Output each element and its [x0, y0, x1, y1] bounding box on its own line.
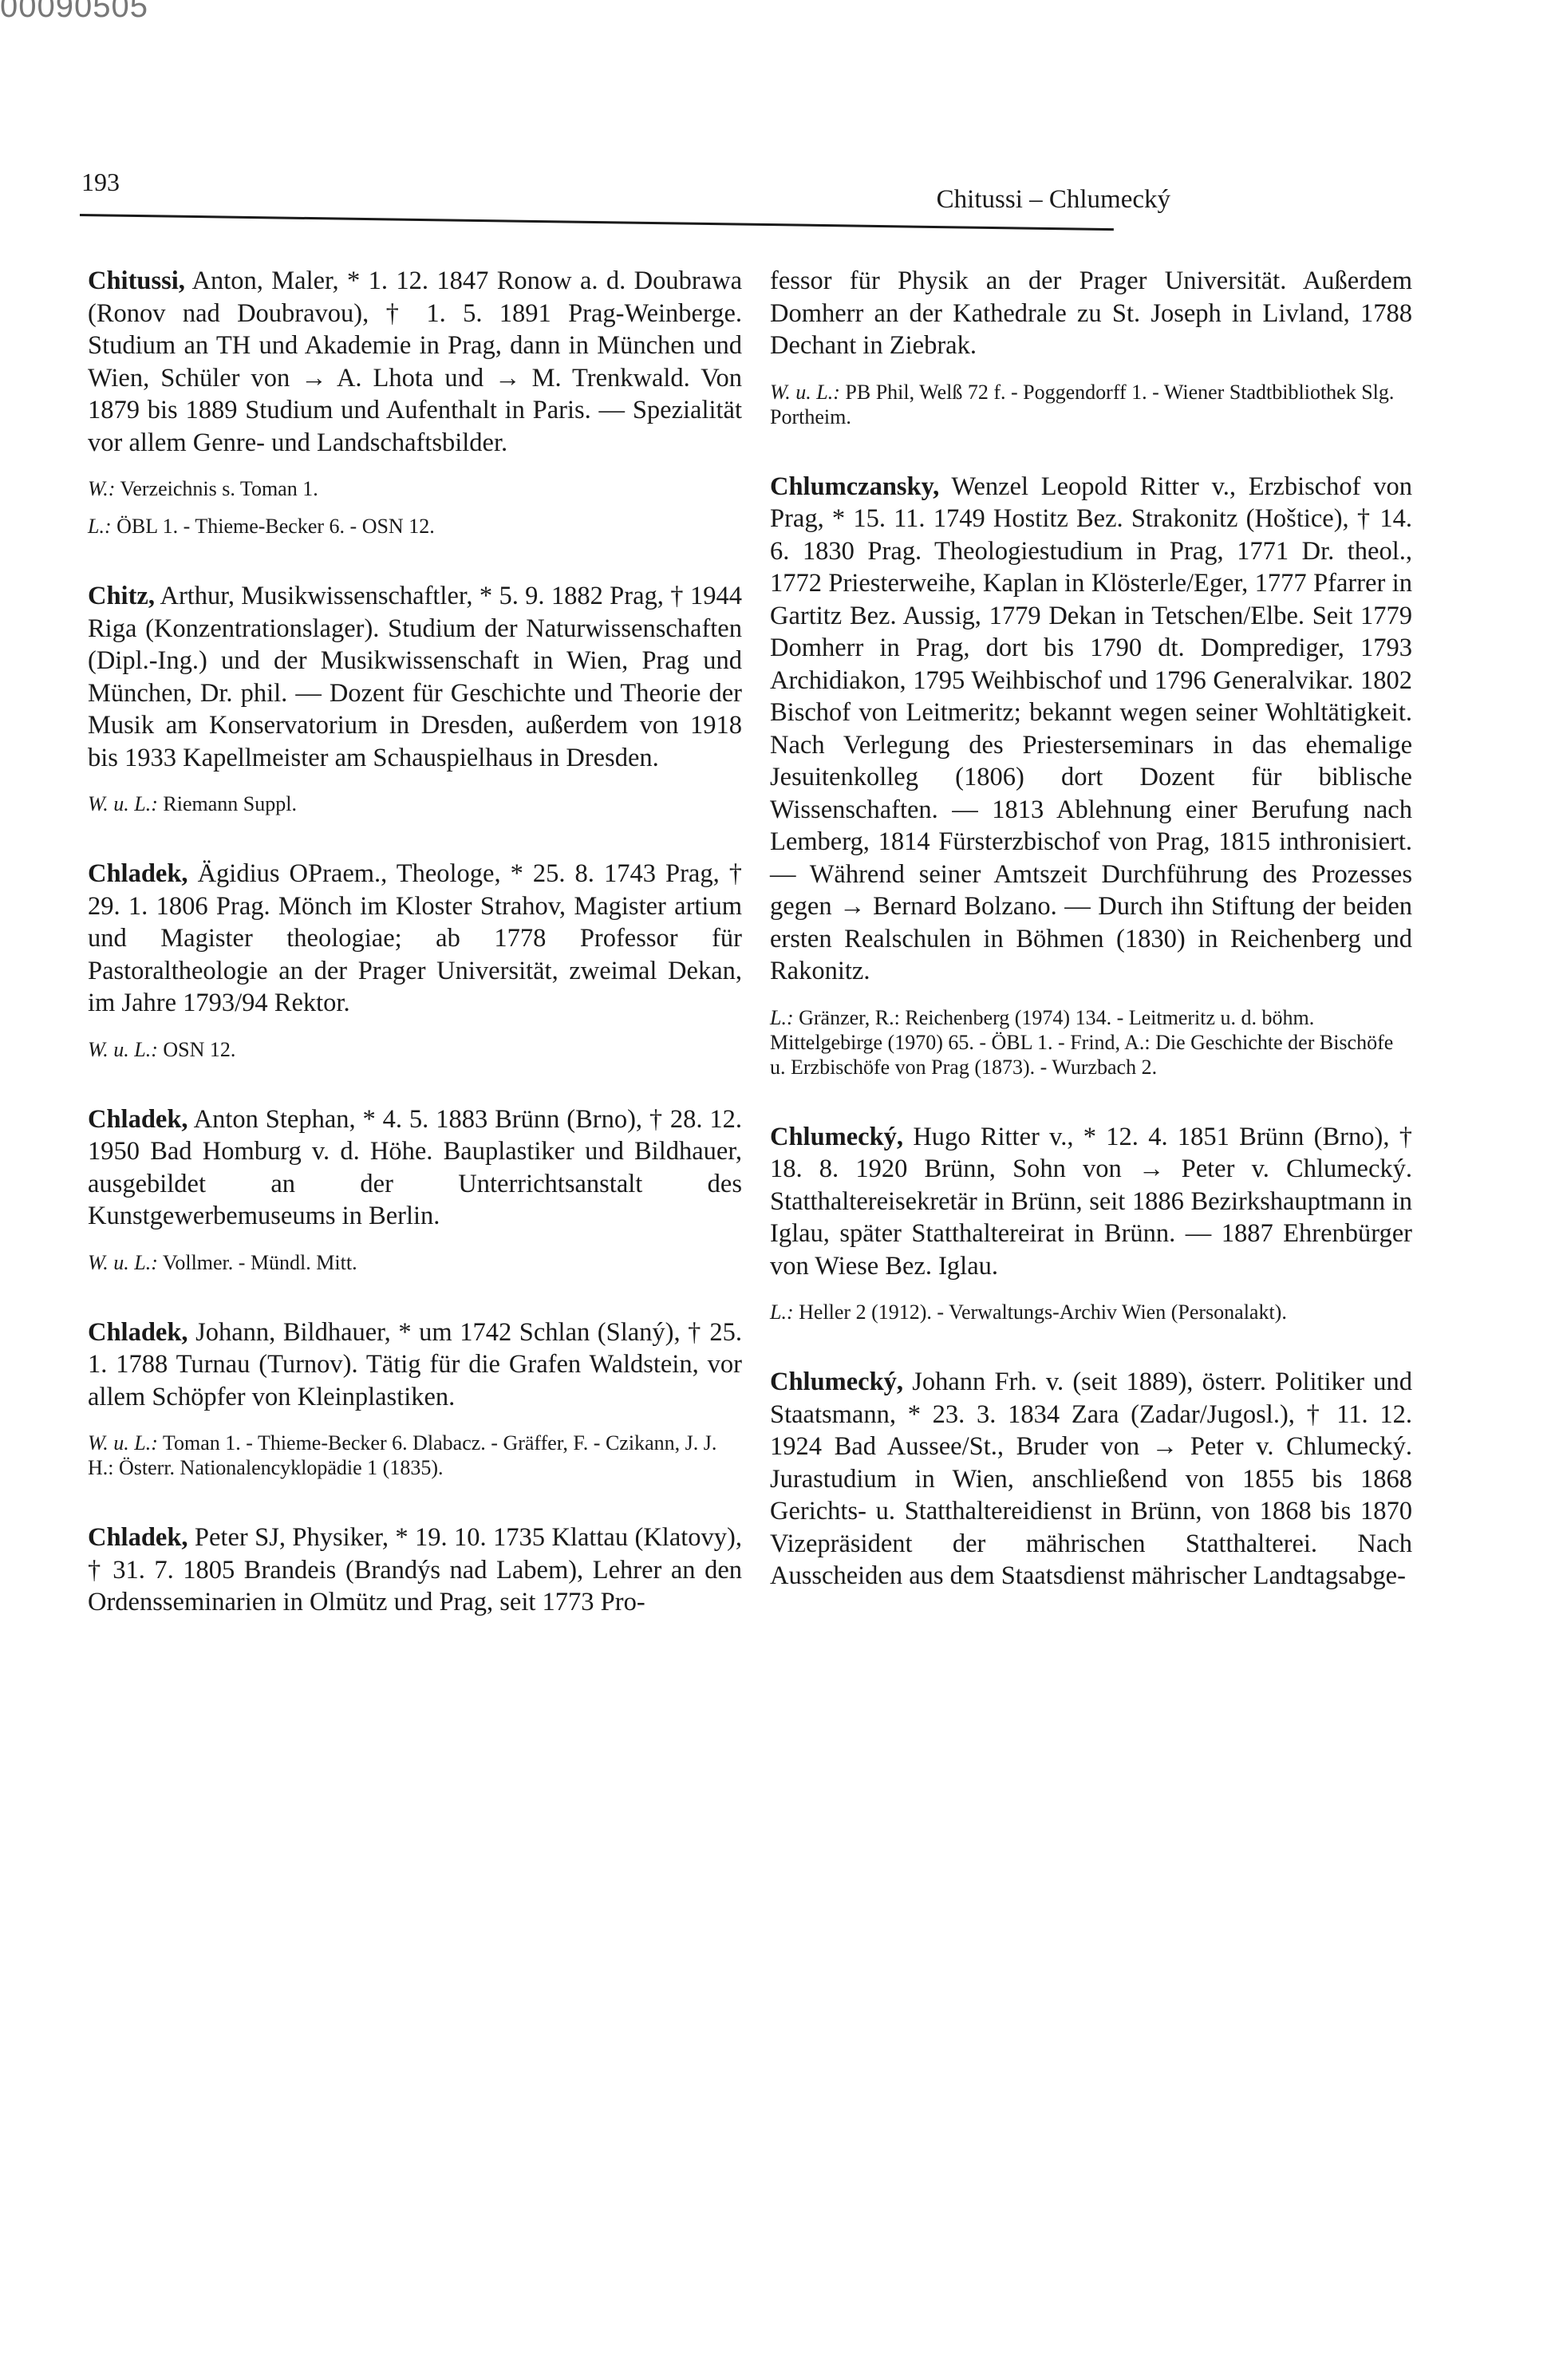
ref-label: W. u. L.:	[88, 1251, 158, 1274]
ref-text: OSN 12.	[158, 1038, 236, 1061]
entry-body: Chladek, Johann, Bildhauer, * um 1742 Sc…	[88, 1316, 742, 1414]
scan-id: 00090505	[0, 0, 148, 25]
header-rule	[80, 214, 1114, 231]
ref-text: Heller 2 (1912). - Verwaltungs-Archiv Wi…	[794, 1301, 1287, 1324]
ref-text: Gränzer, R.: Reichenberg (1974) 134. - L…	[770, 1006, 1393, 1079]
entry-chitussi-anton: Chitussi, Anton, Maler, * 1. 12. 1847 Ro…	[88, 265, 742, 539]
entry-chladek-peter-continued: fessor für Physik an der Prager Universi…	[770, 265, 1412, 429]
entry-body: Chitussi, Anton, Maler, * 1. 12. 1847 Ro…	[88, 265, 742, 459]
headword: Chlumczansky,	[770, 472, 939, 501]
headword: Chladek,	[88, 1523, 188, 1552]
entry-body: Chladek, Ägidius OPraem., Theologe, * 25…	[88, 858, 742, 1020]
entry-text: Arthur, Musikwissenschaftler, * 5. 9. 18…	[88, 582, 742, 772]
entry-chladek-johann: Chladek, Johann, Bildhauer, * um 1742 Sc…	[88, 1316, 742, 1481]
reference-line: L.: Gränzer, R.: Reichenberg (1974) 134.…	[770, 1005, 1412, 1079]
reference-line: L.: Heller 2 (1912). - Verwaltungs-Archi…	[770, 1300, 1412, 1324]
entry-chlumczansky-wenzel: Chlumczansky, Wenzel Leopold Ritter v., …	[770, 471, 1412, 1079]
entry-text: fessor für Physik an der Prager Universi…	[770, 266, 1412, 360]
entry-chladek-aegidius: Chladek, Ägidius OPraem., Theologe, * 25…	[88, 858, 742, 1062]
entry-body: Chladek, Peter SJ, Physiker, * 19. 10. 1…	[88, 1522, 742, 1619]
reference-line: W. u. L.: OSN 12.	[88, 1037, 742, 1062]
references: W. u. L.: Riemann Suppl.	[88, 791, 742, 816]
reference-line: W. u. L.: Riemann Suppl.	[88, 791, 742, 816]
entry-text: Johann Frh. v. (seit 1889), österr. Poli…	[770, 1368, 1412, 1590]
reference-line: L.: ÖBL 1. - Thieme-Becker 6. - OSN 12.	[88, 514, 742, 539]
references: W.: Verzeichnis s. Toman 1. L.: ÖBL 1. -…	[88, 476, 742, 539]
page-number: 193	[81, 168, 120, 197]
reference-line: W. u. L.: Vollmer. - Mündl. Mitt.	[88, 1250, 742, 1275]
headword: Chladek,	[88, 1105, 188, 1134]
ref-label: W. u. L.:	[88, 792, 158, 815]
ref-label: L.:	[770, 1006, 794, 1029]
reference-line: W. u. L.: Toman 1. - Thieme-Becker 6. Dl…	[88, 1431, 742, 1480]
entry-chlumecky-johann: Chlumecký, Johann Frh. v. (seit 1889), ö…	[770, 1366, 1412, 1593]
references: L.: Gränzer, R.: Reichenberg (1974) 134.…	[770, 1005, 1412, 1079]
ref-label: L.:	[770, 1301, 794, 1324]
ref-label: W. u. L.:	[88, 1038, 158, 1061]
ref-label: L.:	[88, 515, 112, 538]
references: L.: Heller 2 (1912). - Verwaltungs-Archi…	[770, 1300, 1412, 1324]
reference-line: W.: Verzeichnis s. Toman 1.	[88, 476, 742, 501]
entry-text: Anton, Maler, * 1. 12. 1847 Ronow a. d. …	[88, 266, 742, 457]
entry-body: Chitz, Arthur, Musikwissenschaftler, * 5…	[88, 580, 742, 774]
entry-body: Chlumecký, Hugo Ritter v., * 12. 4. 1851…	[770, 1121, 1412, 1283]
entry-chlumecky-hugo: Chlumecký, Hugo Ritter v., * 12. 4. 1851…	[770, 1121, 1412, 1325]
ref-label: W.:	[88, 477, 115, 500]
ref-label: W. u. L.:	[88, 1431, 158, 1454]
entry-text: Wenzel Leopold Ritter v., Erzbischof von…	[770, 472, 1412, 986]
running-head: Chitussi – Chlumecký	[937, 185, 1170, 215]
left-column: Chitussi, Anton, Maler, * 1. 12. 1847 Ro…	[88, 265, 742, 1635]
ref-text: Toman 1. - Thieme-Becker 6. Dlabacz. - G…	[88, 1431, 716, 1479]
entry-body: Chlumczansky, Wenzel Leopold Ritter v., …	[770, 471, 1412, 988]
entry-body: fessor für Physik an der Prager Universi…	[770, 265, 1412, 362]
references: W. u. L.: OSN 12.	[88, 1037, 742, 1062]
headword: Chladek,	[88, 1318, 188, 1347]
entry-chladek-anton-stephan: Chladek, Anton Stephan, * 4. 5. 1883 Brü…	[88, 1103, 742, 1275]
headword: Chladek,	[88, 859, 188, 888]
references: W. u. L.: Toman 1. - Thieme-Becker 6. Dl…	[88, 1431, 742, 1480]
reference-line: W. u. L.: PB Phil, Welß 72 f. - Poggendo…	[770, 380, 1412, 429]
entry-body: Chladek, Anton Stephan, * 4. 5. 1883 Brü…	[88, 1103, 742, 1233]
ref-text: Vollmer. - Mündl. Mitt.	[158, 1251, 357, 1274]
ref-text: PB Phil, Welß 72 f. - Poggendorff 1. - W…	[770, 381, 1394, 428]
headword: Chitz,	[88, 582, 155, 610]
headword: Chitussi,	[88, 266, 185, 295]
ref-text: Riemann Suppl.	[158, 792, 297, 815]
ref-text: ÖBL 1. - Thieme-Becker 6. - OSN 12.	[112, 515, 435, 538]
references: W. u. L.: PB Phil, Welß 72 f. - Poggendo…	[770, 380, 1412, 429]
right-column: fessor für Physik an der Prager Universi…	[770, 265, 1412, 1608]
ref-text: Verzeichnis s. Toman 1.	[115, 477, 318, 500]
ref-label: W. u. L.:	[770, 381, 840, 404]
entry-body: Chlumecký, Johann Frh. v. (seit 1889), ö…	[770, 1366, 1412, 1593]
headword: Chlumecký,	[770, 1123, 903, 1151]
headword: Chlumecký,	[770, 1368, 903, 1396]
references: W. u. L.: Vollmer. - Mündl. Mitt.	[88, 1250, 742, 1275]
entry-chitz-arthur: Chitz, Arthur, Musikwissenschaftler, * 5…	[88, 580, 742, 816]
entry-chladek-peter: Chladek, Peter SJ, Physiker, * 19. 10. 1…	[88, 1522, 742, 1619]
